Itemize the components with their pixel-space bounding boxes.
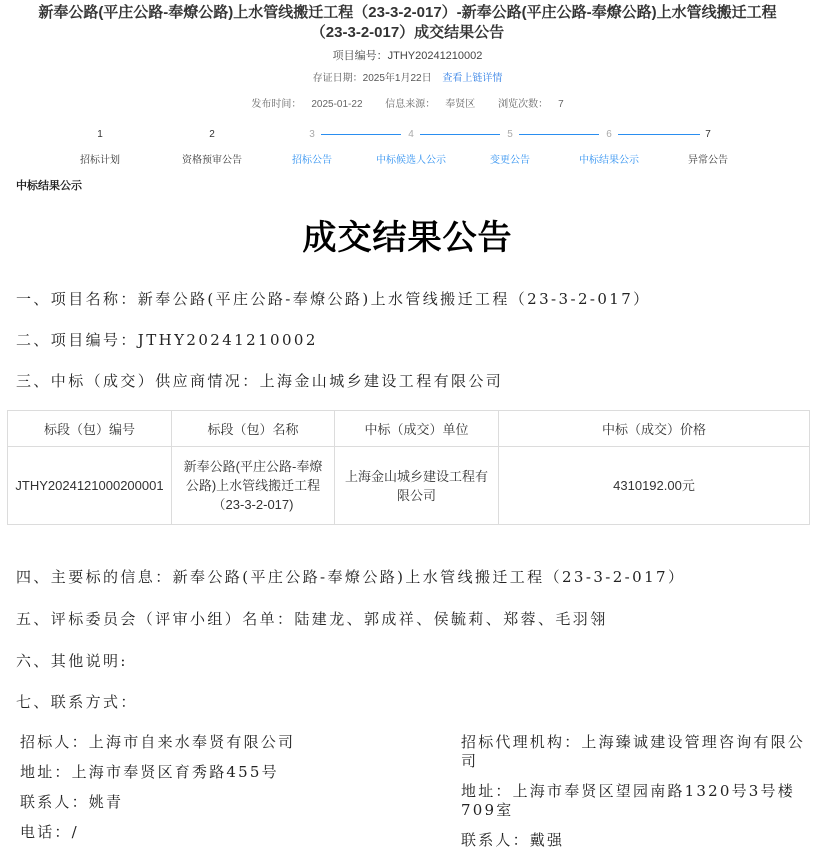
item-project-name: 一、项目名称：新奉公路(平庄公路-奉燎公路)上水管线搬迁工程（23-3-2-01… <box>16 288 651 309</box>
step-prequalification[interactable]: 2 资格预审公告 <box>157 128 267 166</box>
table-header-row: 标段（包）编号 标段（包）名称 中标（成交）单位 中标（成交）价格 <box>8 411 810 447</box>
agency-person: 联系人：戴强 <box>461 831 811 850</box>
publish-info-line: 发布时间：2025-01-22 信息来源：奉贤区 浏览次数：7 <box>0 95 815 110</box>
info-source-label: 信息来源： <box>385 99 435 110</box>
step-number: 2 <box>157 128 267 142</box>
cell-name: 新奉公路(平庄公路-奉燎公路)上水管线搬迁工程（23-3-2-017) <box>172 447 335 525</box>
publish-time-value: 2025-01-22 <box>311 99 362 110</box>
item-project-code: 二、项目编号：JTHY20241210002 <box>16 329 318 350</box>
step-label: 中标结果公示 <box>554 151 664 166</box>
info-source: 信息来源：奉贤区 <box>380 99 480 110</box>
cert-date-label: 存证日期： <box>313 73 363 84</box>
step-label: 中标候选人公示 <box>356 151 466 166</box>
view-count-label: 浏览次数： <box>498 99 548 110</box>
item-supplier: 三、中标（成交）供应商情况：上海金山城乡建设工程有限公司 <box>16 370 503 391</box>
cell-winner: 上海金山城乡建设工程有限公司 <box>335 447 499 525</box>
document-heading: 成交结果公告 <box>0 210 815 259</box>
col-header-name: 标段（包）名称 <box>172 411 335 447</box>
page-title: 新奉公路(平庄公路-奉燎公路)上水管线搬迁工程（23-3-2-017）-新奉公路… <box>0 3 815 43</box>
view-count: 浏览次数：7 <box>493 99 569 110</box>
cert-date-line: 存证日期：2025年1月22日 查看上链详情 <box>0 69 815 84</box>
col-header-price: 中标（成交）价格 <box>499 411 810 447</box>
step-label: 异常公告 <box>653 151 763 166</box>
agency-address: 地址：上海市奉贤区望园南路1320号3号楼709室 <box>461 782 811 820</box>
item-other-notes: 六、其他说明: <box>16 650 128 671</box>
step-number: 4 <box>356 128 466 142</box>
col-header-winner: 中标（成交）单位 <box>335 411 499 447</box>
project-code-label: 项目编号： <box>333 50 388 62</box>
section-label: 中标结果公示 <box>16 177 82 193</box>
tenderer-person: 联系人：姚青 <box>20 793 420 812</box>
step-connector <box>321 134 401 135</box>
cell-code: JTHY2024121000200001 <box>8 447 172 525</box>
table-row: JTHY2024121000200001 新奉公路(平庄公路-奉燎公路)上水管线… <box>8 447 810 525</box>
publish-time-label: 发布时间： <box>251 99 301 110</box>
result-table: 标段（包）编号 标段（包）名称 中标（成交）单位 中标（成交）价格 JTHY20… <box>7 410 810 525</box>
step-label: 招标公告 <box>257 151 367 166</box>
cell-price: 4310192.00元 <box>499 447 810 525</box>
step-number: 6 <box>554 128 664 142</box>
step-label: 变更公告 <box>455 151 565 166</box>
tenderer-address: 地址：上海市奉贤区育秀路455号 <box>20 763 420 782</box>
cert-date-value: 2025年1月22日 <box>363 73 432 84</box>
step-number: 1 <box>45 128 155 142</box>
publish-time: 发布时间：2025-01-22 <box>246 99 367 110</box>
step-tender-plan[interactable]: 1 招标计划 <box>45 128 155 166</box>
step-connector <box>420 134 500 135</box>
item-main-subject: 四、主要标的信息：新奉公路(平庄公路-奉燎公路)上水管线搬迁工程（23-3-2-… <box>16 566 685 587</box>
agency-contact: 招标代理机构：上海臻诚建设管理咨询有限公司 地址：上海市奉贤区望园南路1320号… <box>461 733 811 859</box>
project-code-value: JTHY20241210002 <box>388 50 483 62</box>
agency-name: 招标代理机构：上海臻诚建设管理咨询有限公司 <box>461 733 811 771</box>
step-connector <box>519 134 599 135</box>
col-header-code: 标段（包）编号 <box>8 411 172 447</box>
step-number: 3 <box>257 128 367 142</box>
tenderer-contact: 招标人：上海市自来水奉贤有限公司 地址：上海市奉贤区育秀路455号 联系人：姚青… <box>20 733 420 853</box>
step-number: 7 <box>653 128 763 142</box>
item-committee: 五、评标委员会（评审小组）名单：陆建龙、郭成祥、侯毓莉、郑蓉、毛羽翎 <box>16 608 608 629</box>
info-source-value: 奉贤区 <box>445 99 475 110</box>
tenderer-name: 招标人：上海市自来水奉贤有限公司 <box>20 733 420 752</box>
view-chain-details-link[interactable]: 查看上链详情 <box>442 73 502 84</box>
step-label: 招标计划 <box>45 151 155 166</box>
step-label: 资格预审公告 <box>157 151 267 166</box>
tenderer-phone: 电话：/ <box>20 823 420 842</box>
view-count-value: 7 <box>558 99 564 110</box>
item-contact-heading: 七、联系方式： <box>16 691 138 712</box>
step-connector <box>618 134 700 135</box>
step-number: 5 <box>455 128 565 142</box>
project-code-line: 项目编号：JTHY20241210002 <box>0 47 815 63</box>
